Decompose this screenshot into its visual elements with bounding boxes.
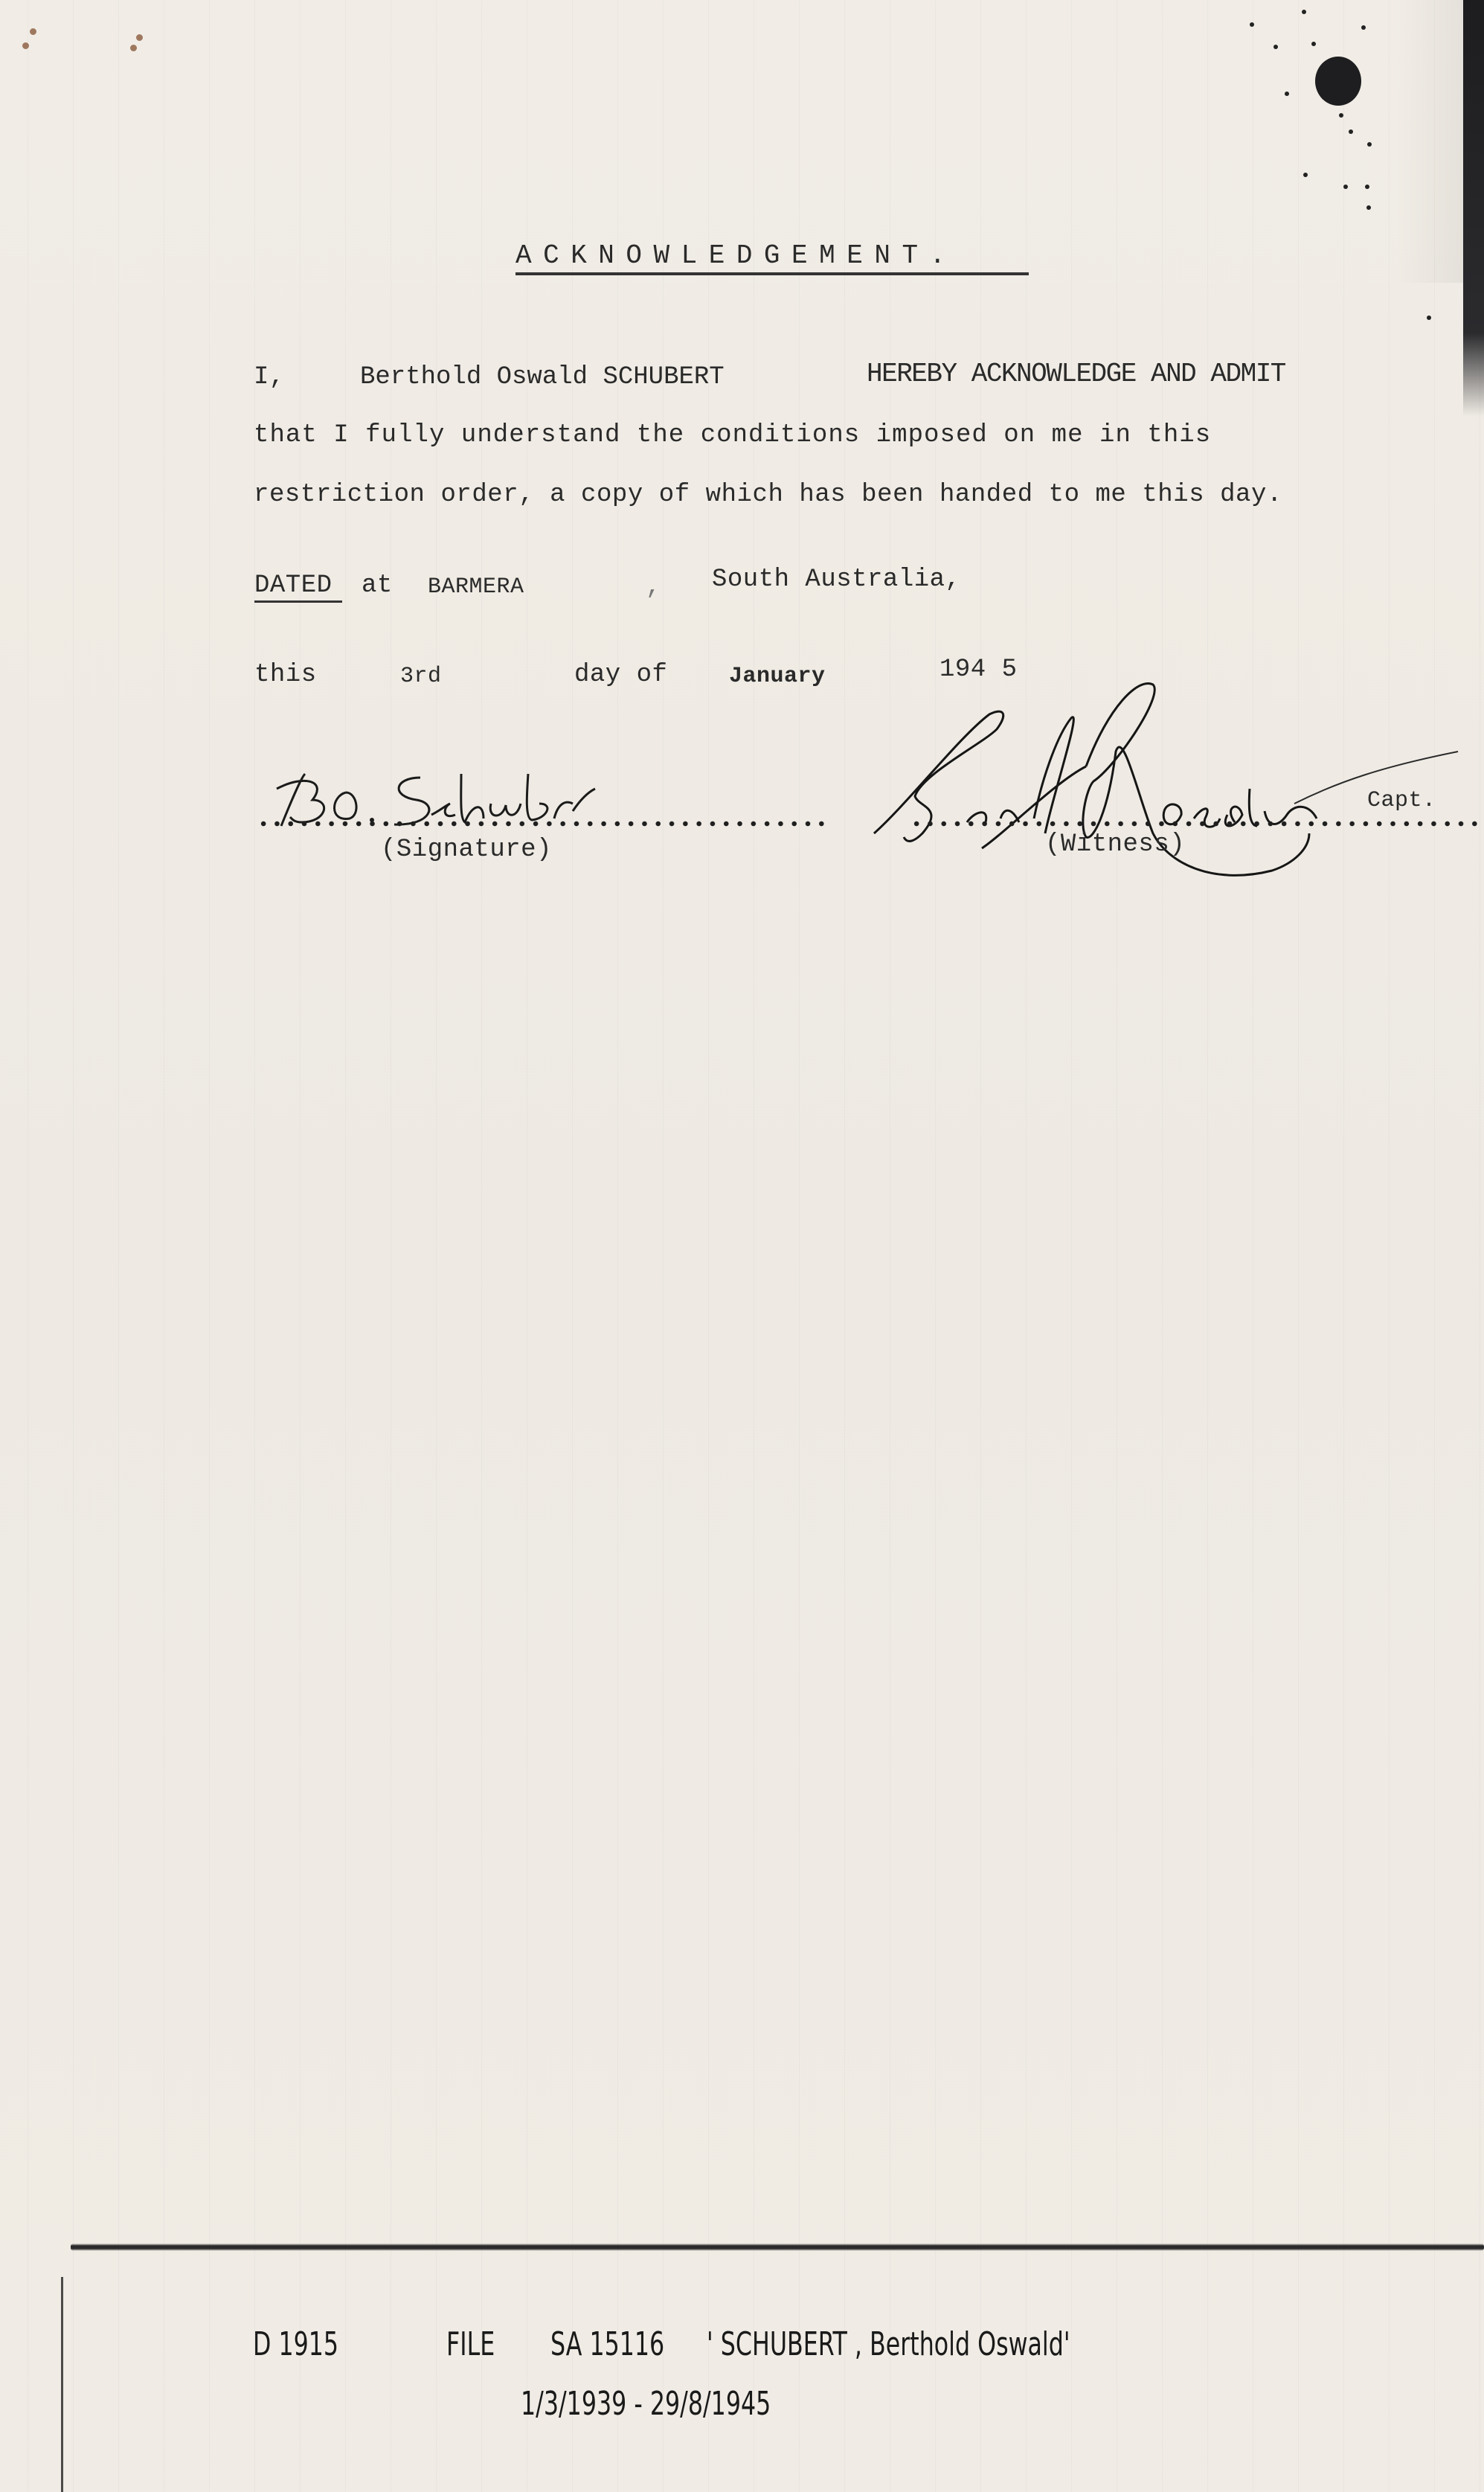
ink-speck bbox=[1273, 45, 1278, 49]
archive-date-range: 1/3/1939 - 29/8/1945 bbox=[521, 2385, 771, 2423]
scan-edge-strip bbox=[1463, 0, 1484, 417]
dated-comma: , bbox=[646, 574, 661, 600]
edge-shadow bbox=[1396, 0, 1463, 283]
date-this-label: this bbox=[254, 662, 317, 688]
declaration-line-3: restriction order, a copy of which has b… bbox=[254, 482, 1282, 507]
ink-speck bbox=[1365, 185, 1369, 189]
ink-speck bbox=[1367, 142, 1372, 147]
signature-caption: (Signature) bbox=[381, 837, 552, 862]
ink-speck bbox=[1339, 113, 1343, 118]
date-day: 3rd bbox=[400, 665, 442, 688]
ink-speck bbox=[1361, 25, 1366, 30]
ink-speck bbox=[1303, 173, 1308, 177]
dated-place: BARMERA bbox=[428, 576, 524, 598]
ink-speck bbox=[1311, 42, 1316, 46]
declarant-name: Berthold Oswald SCHUBERT bbox=[360, 365, 725, 390]
ink-speck bbox=[1427, 315, 1431, 320]
declaration-line-2: that I fully understand the conditions i… bbox=[254, 423, 1211, 448]
date-day-of-label: day of bbox=[574, 662, 667, 688]
archive-divider-line bbox=[71, 2243, 1484, 2251]
ink-speck bbox=[1285, 92, 1289, 96]
left-margin-line bbox=[61, 2277, 63, 2492]
dated-underline bbox=[254, 600, 342, 603]
title-underline bbox=[515, 272, 1029, 275]
ink-speck bbox=[1250, 22, 1254, 27]
rust-mark bbox=[22, 42, 29, 49]
witness-caption: (Witness) bbox=[1045, 832, 1185, 857]
ink-speck bbox=[1302, 10, 1306, 14]
date-month: January bbox=[729, 665, 826, 688]
declaration-prefix: I, bbox=[254, 365, 285, 390]
ink-speck bbox=[1343, 185, 1348, 189]
dated-label: DATED bbox=[254, 573, 333, 598]
archive-reference: D 1915 bbox=[253, 2325, 338, 2363]
punch-hole-mark bbox=[1315, 57, 1361, 106]
witness-dotted-line bbox=[910, 821, 1484, 827]
signature-dotted-line bbox=[257, 821, 829, 827]
rust-mark bbox=[130, 45, 137, 51]
ink-speck bbox=[1366, 205, 1371, 210]
rust-mark bbox=[30, 28, 36, 35]
document-title: ACKNOWLEDGEMENT. bbox=[515, 240, 957, 271]
dated-at-label: at bbox=[362, 573, 393, 598]
ink-speck bbox=[1349, 129, 1353, 134]
dated-state: South Australia, bbox=[712, 567, 960, 592]
archive-file-name: ' SCHUBERT , Berthold Oswald' bbox=[707, 2325, 1070, 2363]
archive-file-number: SA 15116 bbox=[550, 2325, 664, 2363]
archive-file-label: FILE bbox=[446, 2325, 495, 2363]
rust-mark bbox=[136, 34, 143, 41]
witness-rank: Capt. bbox=[1367, 789, 1436, 812]
declaration-statement: HEREBY ACKNOWLEDGE AND ADMIT bbox=[867, 361, 1285, 388]
